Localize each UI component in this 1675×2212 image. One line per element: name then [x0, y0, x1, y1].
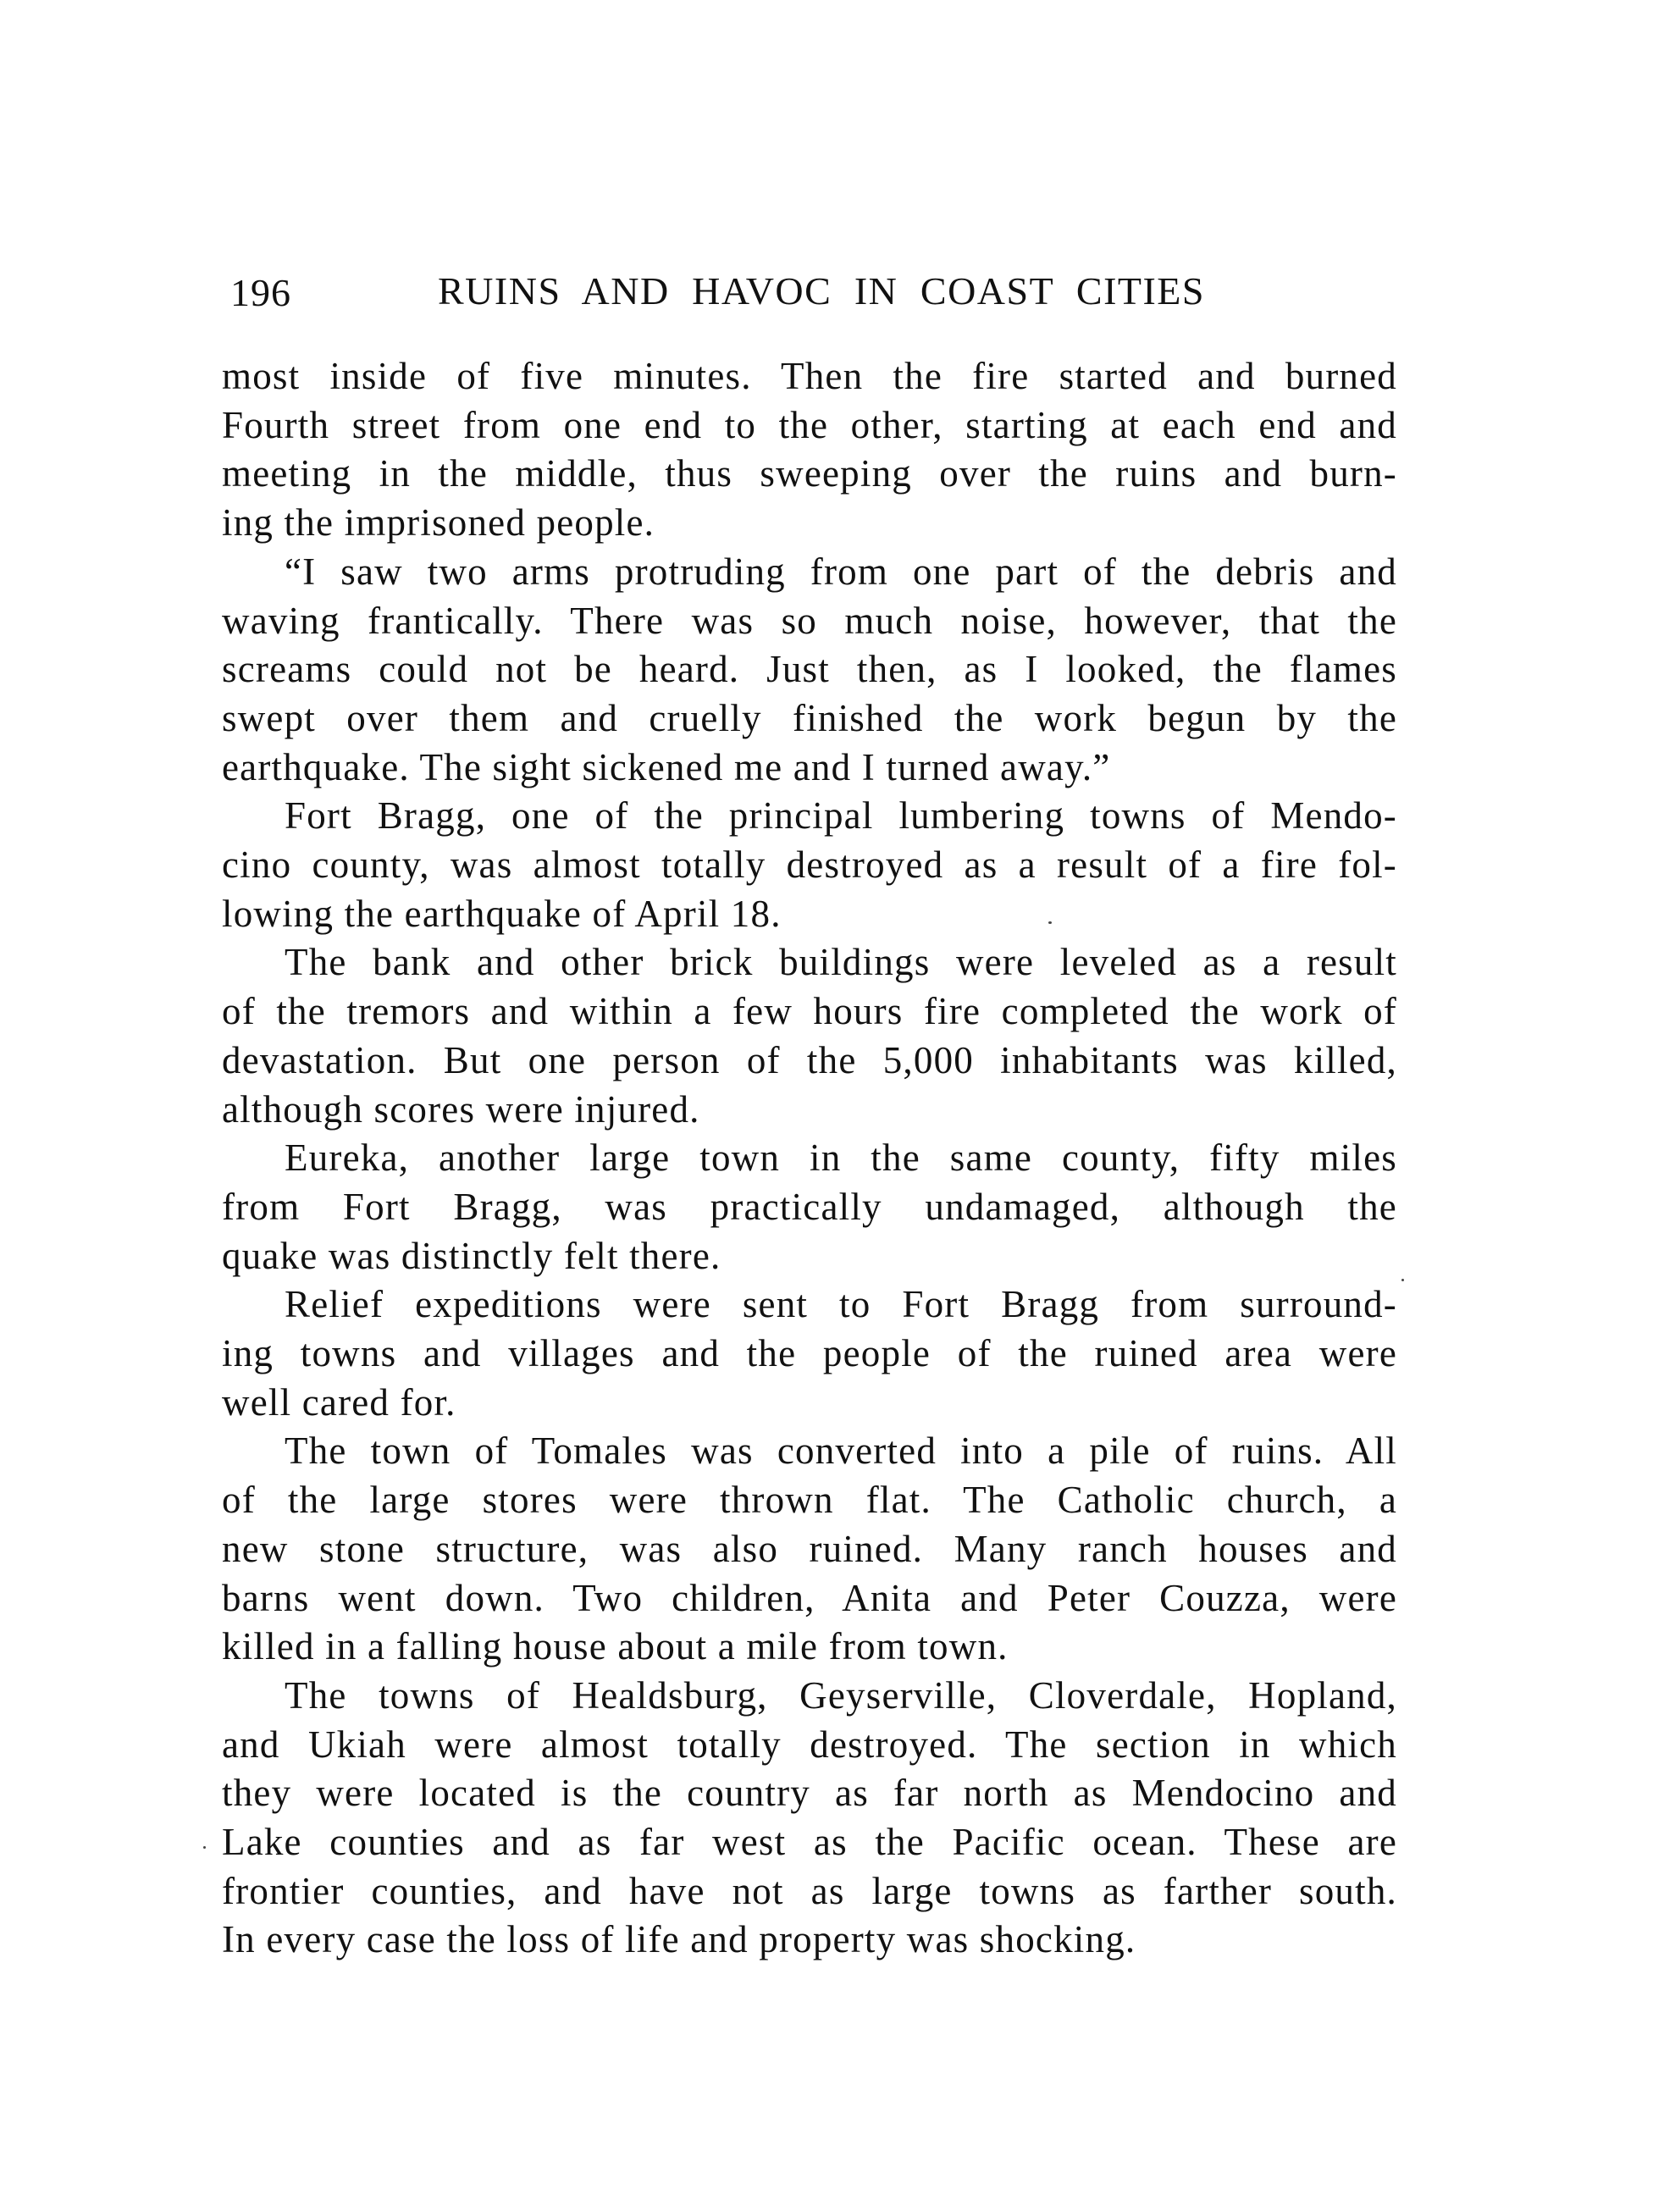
text-line: earthquake. The sight sickened me and I … — [222, 744, 1397, 791]
text-line: Fourth street from one end to the other,… — [222, 401, 1397, 449]
text-line: Fort Bragg, one of the principal lumberi… — [285, 792, 1397, 839]
text-line: In every case the loss of life and prope… — [222, 1916, 1397, 1963]
running-header: 196 RUINS AND HAVOC IN COAST CITIES — [0, 0, 1675, 339]
text-line: Relief expeditions were sent to Fort Bra… — [285, 1280, 1397, 1328]
scan-speck — [1389, 1802, 1391, 1805]
text-line: of the large stores were thrown flat. Th… — [222, 1476, 1397, 1524]
scan-speck — [1401, 1279, 1404, 1281]
text-line: cino county, was almost totally destroye… — [222, 841, 1397, 888]
text-line: barns went down. Two children, Anita and… — [222, 1574, 1397, 1622]
text-line: from Fort Bragg, was practically undamag… — [222, 1183, 1397, 1230]
text-line: swept over them and cruelly finished the… — [222, 694, 1397, 742]
text-line: killed in a falling house about a mile f… — [222, 1623, 1397, 1670]
text-line: although scores were injured. — [222, 1086, 1397, 1133]
text-line: screams could not be heard. Just then, a… — [222, 645, 1397, 693]
text-line: they were located is the country as far … — [222, 1769, 1397, 1817]
text-line: meeting in the middle, thus sweeping ove… — [222, 450, 1397, 497]
text-line: Eureka, another large town in the same c… — [285, 1134, 1397, 1181]
text-line: ing towns and villages and the people of… — [222, 1330, 1397, 1377]
page-number: 196 — [230, 269, 291, 317]
text-line: Lake counties and as far west as the Pac… — [222, 1818, 1397, 1866]
text-line: well cared for. — [222, 1379, 1397, 1426]
scan-speck — [1048, 921, 1052, 924]
text-line: The town of Tomales was converted into a… — [285, 1427, 1397, 1474]
text-line: and Ukiah were almost totally destroyed.… — [222, 1721, 1397, 1768]
text-line: waving frantically. There was so much no… — [222, 597, 1397, 644]
text-line: devastation. But one person of the 5,000… — [222, 1037, 1397, 1084]
text-line: lowing the earthquake of April 18. — [222, 890, 1397, 937]
text-line: ing the imprisoned people. — [222, 499, 1397, 546]
scan-speck — [203, 1846, 206, 1849]
text-line: The towns of Healdsburg, Geyserville, Cl… — [285, 1672, 1397, 1719]
text-line: quake was distinctly felt there. — [222, 1232, 1397, 1280]
text-line: of the tremors and within a few hours fi… — [222, 987, 1397, 1035]
text-line: The bank and other brick buildings were … — [285, 938, 1397, 986]
book-page: 196 RUINS AND HAVOC IN COAST CITIES most… — [0, 0, 1675, 2212]
text-line: frontier counties, and have not as large… — [222, 1867, 1397, 1915]
running-title: RUINS AND HAVOC IN COAST CITIES — [438, 268, 1205, 315]
text-line: most inside of five minutes. Then the fi… — [222, 352, 1397, 400]
text-line: new stone structure, was also ruined. Ma… — [222, 1525, 1397, 1573]
text-line: “I saw two arms protruding from one part… — [285, 548, 1397, 595]
